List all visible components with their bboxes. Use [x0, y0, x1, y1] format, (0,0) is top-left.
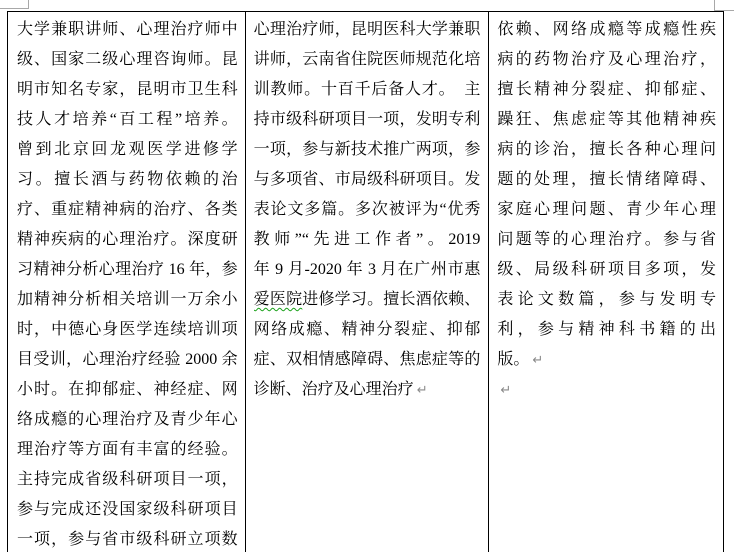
text-line: 病的药物治疗及心理治疗，	[497, 45, 716, 75]
table-cell-column-3[interactable]: 依赖、网络成瘾等成瘾性疾病的药物治疗及心理治疗，擅长精神分裂症、抑郁症、躁狂、焦…	[488, 12, 723, 552]
text-line: 疗、重症精神病的治疗、各类	[17, 195, 238, 225]
text-line: 表论文数篇，参与发明专	[497, 285, 716, 315]
biography-table: 大学兼职讲师、心理治疗师中级、国家二级心理咨询师。昆明市知名专家，昆明市卫生科技…	[7, 11, 724, 552]
text-line: 与多项省、市局级科研项目。发	[254, 165, 481, 195]
text-line: 级、国家二级心理咨询师。昆	[17, 45, 238, 75]
document-page: 大学兼职讲师、心理治疗师中级、国家二级心理咨询师。昆明市知名专家，昆明市卫生科技…	[0, 0, 734, 552]
text-line: 爱医院进修学习。擅长酒依赖、	[254, 285, 481, 315]
text-line: 大学兼职讲师、心理治疗师中	[17, 15, 238, 45]
text-line: 加精神分析相关培训一万余小	[17, 285, 238, 315]
text-line: 技人才培养“百工程”培养。	[17, 105, 238, 135]
paragraph-mark-icon: ↵	[417, 383, 428, 398]
text-line: 版。↵	[497, 345, 716, 375]
text-line: 一项，参与省市级科研立项数	[17, 525, 238, 552]
text-line: 症、双相情感障碍、焦虑症等的	[254, 345, 481, 375]
text-line: 家庭心理问题、青少年心理	[497, 195, 716, 225]
page-margin-mark-top-left-horizontal	[0, 8, 29, 9]
text-line: 主持完成省级科研项目一项，	[17, 465, 238, 495]
text-line: 持市级科研项目一项，发明专利	[254, 105, 481, 135]
text-line: 训教师。十百千后备人才。 主	[254, 75, 481, 105]
text-line: 曾到北京回龙观医学进修学	[17, 135, 238, 165]
text-line: 明市知名专家，昆明市卫生科	[17, 75, 238, 105]
text-line: 病的诊治，擅长各种心理问	[497, 135, 716, 165]
paragraph-mark-icon: ↵	[532, 353, 543, 368]
text-line: 一项，参与新技术推广两项，参	[254, 135, 481, 165]
text-line: 躁狂、焦虑症等其他精神疾	[497, 105, 716, 135]
grammar-check-underline: 爱医院	[254, 291, 303, 308]
text-line: 问题等的心理治疗。参与省	[497, 225, 716, 255]
text-line: 诊断、治疗及心理治疗↵	[254, 375, 481, 405]
text-line: 络成瘾的心理治疗及青少年心	[17, 405, 238, 435]
text-line: 习。擅长酒与药物依赖的治	[17, 165, 238, 195]
paragraph-mark-icon: ↵	[500, 383, 511, 398]
text-line: 年 9 月-2020 年 3 月在广州市惠	[254, 255, 481, 285]
text-line: 参与完成还没国家级科研项目	[17, 495, 238, 525]
text-line: 习精神分析心理治疗 16 年，参	[17, 255, 238, 285]
text-line: 网络成瘾、精神分裂症、抑郁	[254, 315, 481, 345]
text-line: 教师”“先进工作者”。2019	[254, 225, 481, 255]
table-cell-column-2[interactable]: 心理治疗师，昆明医科大学兼职讲师，云南省住院医师规范化培训教师。十百千后备人才。…	[245, 12, 489, 552]
text-line: 心理治疗师，昆明医科大学兼职	[254, 15, 481, 45]
text-line: 表论文多篇。多次被评为“优秀	[254, 195, 481, 225]
text-line: 小时。在抑郁症、神经症、网	[17, 375, 238, 405]
text-line: 时，中德心身医学连续培训项	[17, 315, 238, 345]
table-cell-column-1[interactable]: 大学兼职讲师、心理治疗师中级、国家二级心理咨询师。昆明市知名专家，昆明市卫生科技…	[8, 12, 245, 552]
text-line: 精神疾病的心理治疗。深度研	[17, 225, 238, 255]
text-line: 级、局级科研项目多项，发	[497, 255, 716, 285]
text-line: 依赖、网络成瘾等成瘾性疾	[497, 15, 716, 45]
text-line: 擅长精神分裂症、抑郁症、	[497, 75, 716, 105]
text-line: 利，参与精神科书籍的出	[497, 315, 716, 345]
text-line: ↵	[497, 375, 716, 405]
text-line: 讲师，云南省住院医师规范化培	[254, 45, 481, 75]
text-line: 题的处理，擅长情绪障碍、	[497, 165, 716, 195]
text-line: 目受训，心理治疗经验 2000 余	[17, 345, 238, 375]
text-line: 理治疗等方面有丰富的经验。	[17, 435, 238, 465]
